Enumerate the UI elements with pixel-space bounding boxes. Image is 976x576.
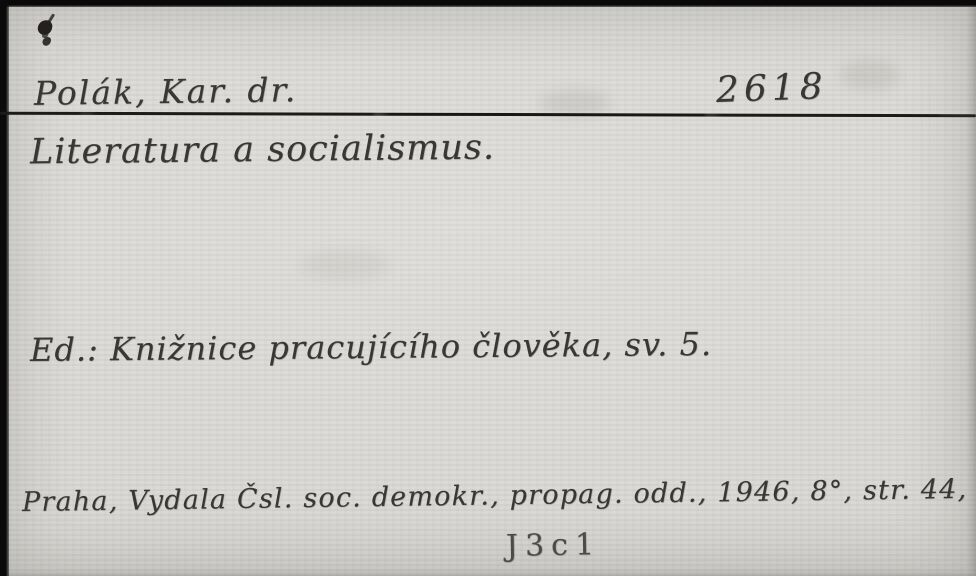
heading-rule-line bbox=[0, 112, 976, 118]
shelfmark-pencil: J3c1 bbox=[506, 527, 602, 564]
scan-edge-left bbox=[0, 0, 9, 576]
paper-smudge bbox=[540, 90, 610, 116]
catalog-card-scan: Polák, Kar. dr. 2618 Literatura a social… bbox=[0, 0, 976, 576]
work-title: Literatura a socialismus. bbox=[30, 128, 495, 173]
scan-edge-top bbox=[0, 0, 976, 7]
catalog-number: 2618 bbox=[715, 66, 828, 111]
paper-smudge bbox=[840, 60, 900, 90]
imprint-line: Praha, Vydala Čsl. soc. demokr., propag.… bbox=[22, 473, 976, 518]
series-note: Ed.: Knižnice pracujícího člověka, sv. 5… bbox=[30, 325, 712, 369]
author-heading: Polák, Kar. dr. bbox=[34, 70, 298, 113]
paper-smudge bbox=[300, 250, 390, 280]
ink-blot bbox=[36, 19, 53, 37]
